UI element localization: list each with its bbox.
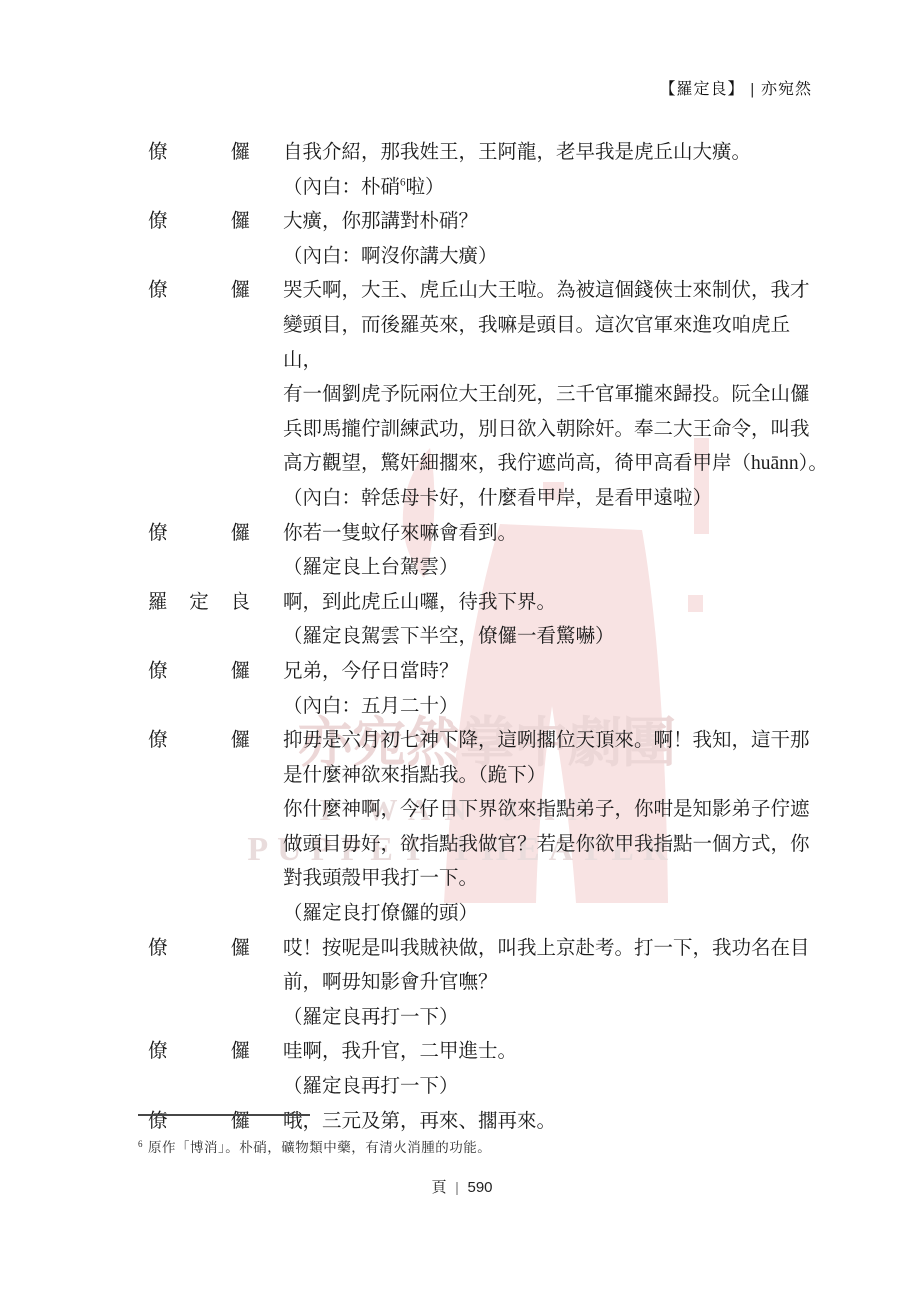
- speaker-name: 僚儸: [148, 655, 250, 690]
- page-header: 【羅定良】|亦宛然: [659, 76, 812, 99]
- dialogue-row: （內白：啊沒你講大癀）: [148, 240, 828, 275]
- speaker-name: 僚儸: [148, 724, 250, 759]
- dialogue-text-segment: 啦）: [406, 177, 445, 198]
- dialogue-text: 哭夭啊，大王、虎丘山大王啦。為被這個錢俠士來制伏，我才 變頭目，而後羅英來，我嘛…: [283, 274, 828, 482]
- dialogue-row: 羅定良啊，到此虎丘山囉，待我下界。: [148, 586, 828, 621]
- dialogue: 僚儸自我介紹，那我姓王，王阿龍，老早我是虎丘山大癀。（內白：朴硝6啦）僚儸大癀，…: [148, 136, 828, 1139]
- dialogue-row: 僚儸自我介紹，那我姓王，王阿龍，老早我是虎丘山大癀。: [148, 136, 828, 171]
- speaker-name-char: 儸: [230, 274, 250, 309]
- dialogue-text: （羅定良再打一下）: [283, 1070, 828, 1105]
- dialogue-row: 僚儸哭夭啊，大王、虎丘山大王啦。為被這個錢俠士來制伏，我才 變頭目，而後羅英來，…: [148, 274, 828, 482]
- dialogue-row: （內白：朴硝6啦）: [148, 171, 828, 206]
- speaker-name-char: 僚: [148, 1105, 168, 1140]
- dialogue-text: （羅定良上台駕雲）: [283, 551, 828, 586]
- dialogue-row: 僚儸哇啊，我升官，二甲進士。: [148, 1035, 828, 1070]
- dialogue-row: 僚儸兄弟，今仔日當時？: [148, 655, 828, 690]
- header-author: 亦宛然: [761, 81, 812, 98]
- speaker-name-char: 僚: [148, 205, 168, 240]
- dialogue-row: （內白：幹恁母卡好，什麼看甲岸，是看甲遠啦）: [148, 482, 828, 517]
- speaker-name-char: 僚: [148, 655, 168, 690]
- footnote-divider: [138, 1114, 310, 1116]
- dialogue-row: 僚儸你若一隻蚊仔來嘛會看到。: [148, 517, 828, 552]
- dialogue-text: （羅定良駕雲下半空，僚儸一看驚嚇）: [283, 620, 828, 655]
- dialogue-row: 僚儸哦，三元及第，再來、擱再來。: [148, 1105, 828, 1140]
- speaker-name-char: 儸: [230, 655, 250, 690]
- dialogue-text: 哦，三元及第，再來、擱再來。: [283, 1105, 828, 1140]
- dialogue-text: 啊，到此虎丘山囉，待我下界。: [283, 586, 828, 621]
- page-number-label: 頁: [431, 1180, 446, 1196]
- speaker-name-char: 僚: [148, 1035, 168, 1070]
- dialogue-text: 自我介紹，那我姓王，王阿龍，老早我是虎丘山大癀。: [283, 136, 828, 171]
- page-number: 頁|590: [0, 1176, 924, 1197]
- speaker-name-char: 儸: [230, 1105, 250, 1140]
- footnote: 6原作「博消」。朴硝，礦物類中藥，有清火消腫的功能。: [138, 1136, 491, 1156]
- speaker-name-char: 儸: [230, 136, 250, 171]
- speaker-name-char: 儸: [230, 1035, 250, 1070]
- dialogue-text: （羅定良再打一下）: [283, 1001, 828, 1036]
- speaker-name-char: 定: [189, 586, 209, 621]
- speaker-name: 羅定良: [148, 586, 250, 621]
- dialogue-row: （羅定良駕雲下半空，僚儸一看驚嚇）: [148, 620, 828, 655]
- speaker-name: 僚儸: [148, 517, 250, 552]
- speaker-name-char: 僚: [148, 274, 168, 309]
- speaker-name-char: 僚: [148, 932, 168, 967]
- header-title: 【羅定良】: [659, 81, 744, 98]
- dialogue-text: （內白：幹恁母卡好，什麼看甲岸，是看甲遠啦）: [283, 482, 828, 517]
- dialogue-row: （羅定良上台駕雲）: [148, 551, 828, 586]
- speaker-name-char: 僚: [148, 517, 168, 552]
- dialogue-row: 僚儸哎！按呢是叫我賊袂做，叫我上京赴考。打一下，我功名在目 前，啊毋知影會升官嘸…: [148, 932, 828, 1001]
- dialogue-text: 你若一隻蚊仔來嘛會看到。: [283, 517, 828, 552]
- speaker-name: 僚儸: [148, 136, 250, 171]
- speaker-name-char: 儸: [230, 932, 250, 967]
- dialogue-row: （內白：五月二十）: [148, 690, 828, 725]
- script-page: 亦宛然掌中劇團 I WAN JAN PUPPET THEATER 【羅定良】|亦…: [0, 0, 924, 1307]
- speaker-name-char: 儸: [230, 205, 250, 240]
- dialogue-text: （內白：五月二十）: [283, 690, 828, 725]
- page-number-value: 590: [468, 1179, 493, 1196]
- speaker-name-char: 僚: [148, 136, 168, 171]
- dialogue-text: （內白：朴硝6啦）: [283, 171, 828, 206]
- speaker-name: 僚儸: [148, 274, 250, 309]
- dialogue-text: 兄弟，今仔日當時？: [283, 655, 828, 690]
- dialogue-text: 大癀，你那講對朴硝？: [283, 205, 828, 240]
- speaker-name: 僚儸: [148, 1035, 250, 1070]
- dialogue-text-segment: （內白：朴硝: [283, 177, 400, 198]
- header-separator: |: [750, 81, 755, 98]
- speaker-name-char: 羅: [148, 586, 168, 621]
- speaker-name: 僚儸: [148, 1105, 250, 1140]
- dialogue-row: （羅定良再打一下）: [148, 1070, 828, 1105]
- speaker-name: 僚儸: [148, 205, 250, 240]
- dialogue-row: （羅定良打僚儸的頭）: [148, 897, 828, 932]
- dialogue-row: （羅定良再打一下）: [148, 1001, 828, 1036]
- dialogue-text: 哇啊，我升官，二甲進士。: [283, 1035, 828, 1070]
- dialogue-text: 哎！按呢是叫我賊袂做，叫我上京赴考。打一下，我功名在目 前，啊毋知影會升官嘸？: [283, 932, 828, 1001]
- dialogue-row: 僚儸大癀，你那講對朴硝？: [148, 205, 828, 240]
- speaker-name-char: 良: [230, 586, 250, 621]
- speaker-name-char: 儸: [230, 724, 250, 759]
- dialogue-row: 僚儸抑毋是六月初七神下降，這咧擱位天頂來。啊！我知，這干那 是什麼神欲來指點我。…: [148, 724, 828, 897]
- speaker-name: 僚儸: [148, 932, 250, 967]
- dialogue-text: 抑毋是六月初七神下降，這咧擱位天頂來。啊！我知，這干那 是什麼神欲來指點我。（跪…: [283, 724, 828, 897]
- footnote-marker: 6: [138, 1139, 143, 1149]
- speaker-name-char: 僚: [148, 724, 168, 759]
- speaker-name-char: 儸: [230, 517, 250, 552]
- dialogue-text: （內白：啊沒你講大癀）: [283, 240, 828, 275]
- footnote-text: 原作「博消」。朴硝，礦物類中藥，有清火消腫的功能。: [148, 1140, 491, 1155]
- page-number-separator: |: [455, 1180, 458, 1196]
- dialogue-text: （羅定良打僚儸的頭）: [283, 897, 828, 932]
